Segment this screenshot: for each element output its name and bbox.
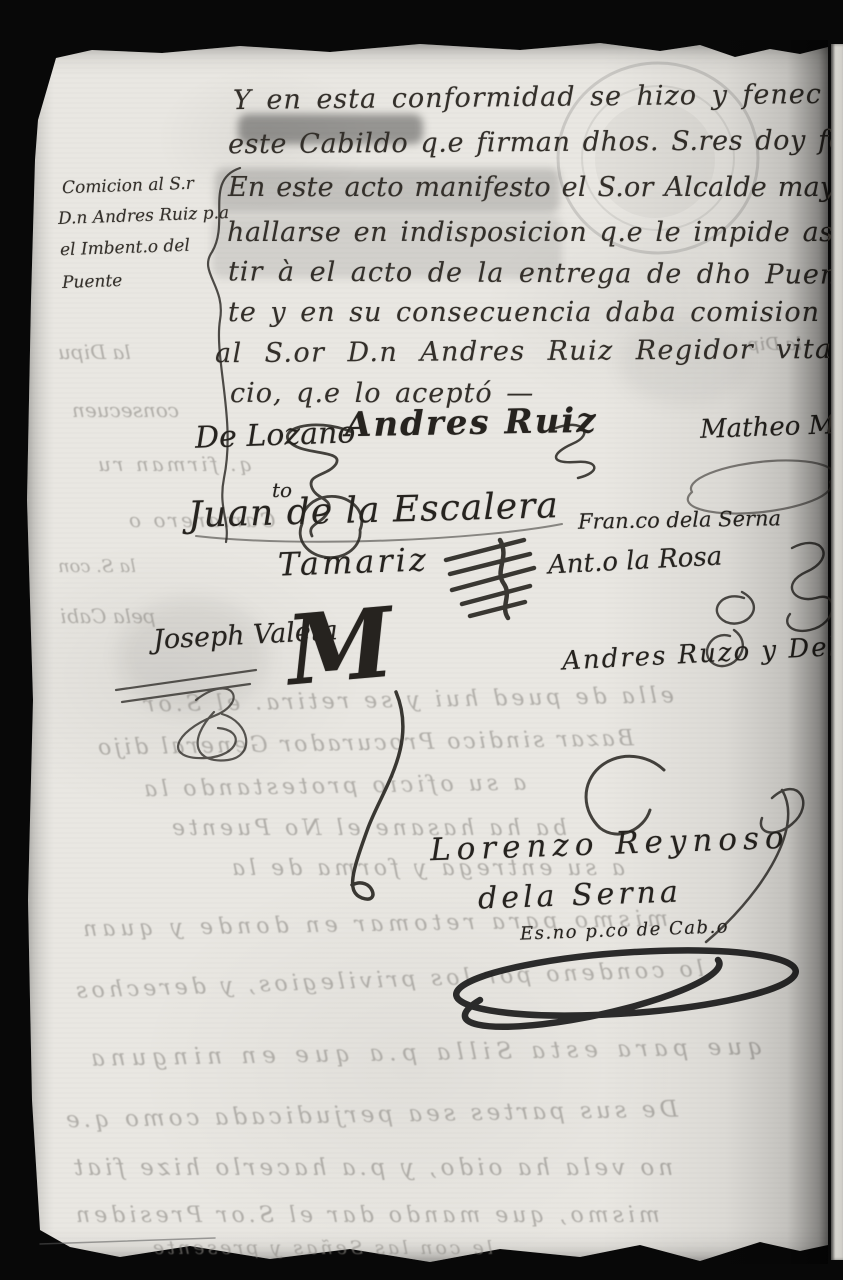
- bleedthrough-fragment: la Dipu: [58, 340, 131, 364]
- bleedthrough-line: no vela ha oido, y p.a hacerlo hize fiat: [70, 1155, 673, 1181]
- signature-matheo: Matheo Max: [700, 409, 843, 445]
- manuscript-scan: { "margin_note": { "lines": ["Comicion a…: [0, 0, 843, 1280]
- signature-serna-1: Fran.co dela Serna: [578, 506, 781, 534]
- signature-ruiz: Andres Ruiz: [345, 401, 598, 445]
- bleedthrough-line: le con las Señas y presente: [150, 1237, 493, 1259]
- signature-tamariz: Tamariz: [277, 540, 429, 583]
- next-page-edge: [831, 44, 843, 1260]
- main-text-line: te y en su consecuencia daba comision: [228, 297, 820, 328]
- main-text-line: hallarse en indisposicion q.e le impide …: [227, 217, 843, 248]
- bleedthrough-line: mismo, que mando dar el S.or Presiden: [72, 1203, 660, 1228]
- bleedthrough-fragment: consecuen: [72, 398, 179, 422]
- bleedthrough-fragment: la S. con: [58, 556, 136, 577]
- signature-monogram-m: M: [282, 586, 398, 708]
- signature-serna-2: dela Serna: [477, 874, 682, 916]
- main-text-line: este Cabildo q.e firman dhos. S.res doy …: [228, 125, 843, 160]
- bleedthrough-fragment: q. firman ru: [95, 452, 252, 476]
- signature-lozano: De Lozano: [194, 415, 356, 456]
- bleedthrough-fragment: pela Cabi: [60, 604, 156, 628]
- main-text-line: Y en esta conformidad se hizo y fenec: [233, 79, 822, 116]
- main-text-line: En este acto manifesto el S.or Alcalde m…: [228, 172, 843, 203]
- main-text-line: tir à el acto de la entrega de dho Puen: [228, 256, 838, 290]
- margin-note-line: Puente: [62, 271, 123, 293]
- main-text-line: al S.or D.n Andres Ruiz Regidor vitali: [215, 334, 843, 369]
